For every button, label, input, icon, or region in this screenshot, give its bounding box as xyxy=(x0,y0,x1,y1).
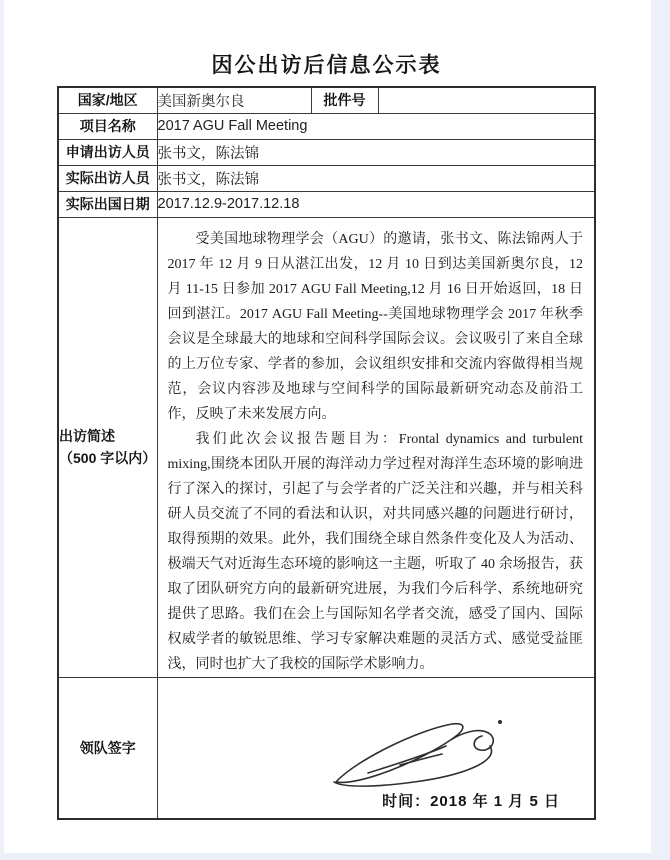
table-row: 实际出访人员 张书文，陈法锦 xyxy=(58,165,595,191)
project-label: 项目名称 xyxy=(58,113,157,139)
summary-label-line2: （500 字以内） xyxy=(59,447,157,469)
applied-members-value: 张书文，陈法锦 xyxy=(157,139,595,165)
table-row: 实际出国日期 2017.12.9-2017.12.18 xyxy=(58,191,595,217)
table-row: 国家/地区 美国新奥尔良 批件号 xyxy=(58,87,595,113)
table-row: 申请出访人员 张书文，陈法锦 xyxy=(58,139,595,165)
actual-members-label: 实际出访人员 xyxy=(58,165,157,191)
travel-dates-value: 2017.12.9-2017.12.18 xyxy=(157,191,595,217)
summary-text: 受美国地球物理学会（AGU）的邀请，张书文、陈法锦两人于 2017 年 12 月… xyxy=(158,218,595,677)
page-title: 因公出访后信息公示表 xyxy=(57,49,596,79)
travel-dates-label: 实际出国日期 xyxy=(58,191,157,217)
approval-no-label: 批件号 xyxy=(311,87,378,113)
summary-content-cell: 受美国地球物理学会（AGU）的邀请，张书文、陈法锦两人于 2017 年 12 月… xyxy=(157,217,595,677)
leader-signature-label: 领队签字 xyxy=(58,677,157,819)
document-sheet: 因公出访后信息公示表 国家/地区 美国新奥尔良 批件号 项目名称 2017 AG… xyxy=(4,0,651,853)
scanned-page-background: 因公出访后信息公示表 国家/地区 美国新奥尔良 批件号 项目名称 2017 AG… xyxy=(0,0,670,860)
table-row: 项目名称 2017 AGU Fall Meeting xyxy=(58,113,595,139)
summary-paragraph-1: 受美国地球物理学会（AGU）的邀请，张书文、陈法锦两人于 2017 年 12 月… xyxy=(168,227,584,427)
summary-paragraph-2: 我们此次会议报告题目为：Frontal dynamics and turbule… xyxy=(168,427,584,677)
signature-cell: 时间：2018 年 1 月 5 日 xyxy=(157,677,595,819)
approval-no-value xyxy=(378,87,595,113)
handwritten-signature-icon xyxy=(330,716,520,796)
project-value: 2017 AGU Fall Meeting xyxy=(157,113,595,139)
disclosure-form-table: 国家/地区 美国新奥尔良 批件号 项目名称 2017 AGU Fall Meet… xyxy=(57,86,596,820)
summary-label-line1: 出访简述 xyxy=(59,425,157,447)
applied-members-label: 申请出访人员 xyxy=(58,139,157,165)
actual-members-value: 张书文，陈法锦 xyxy=(157,165,595,191)
country-label: 国家/地区 xyxy=(58,87,157,113)
table-row: 领队签字 xyxy=(58,677,595,819)
signature-date-text: 时间：2018 年 1 月 5 日 xyxy=(382,790,560,811)
summary-label: 出访简述 （500 字以内） xyxy=(58,217,157,677)
table-row: 出访简述 （500 字以内） 受美国地球物理学会（AGU）的邀请，张书文、陈法锦… xyxy=(58,217,595,677)
country-value: 美国新奥尔良 xyxy=(157,87,311,113)
